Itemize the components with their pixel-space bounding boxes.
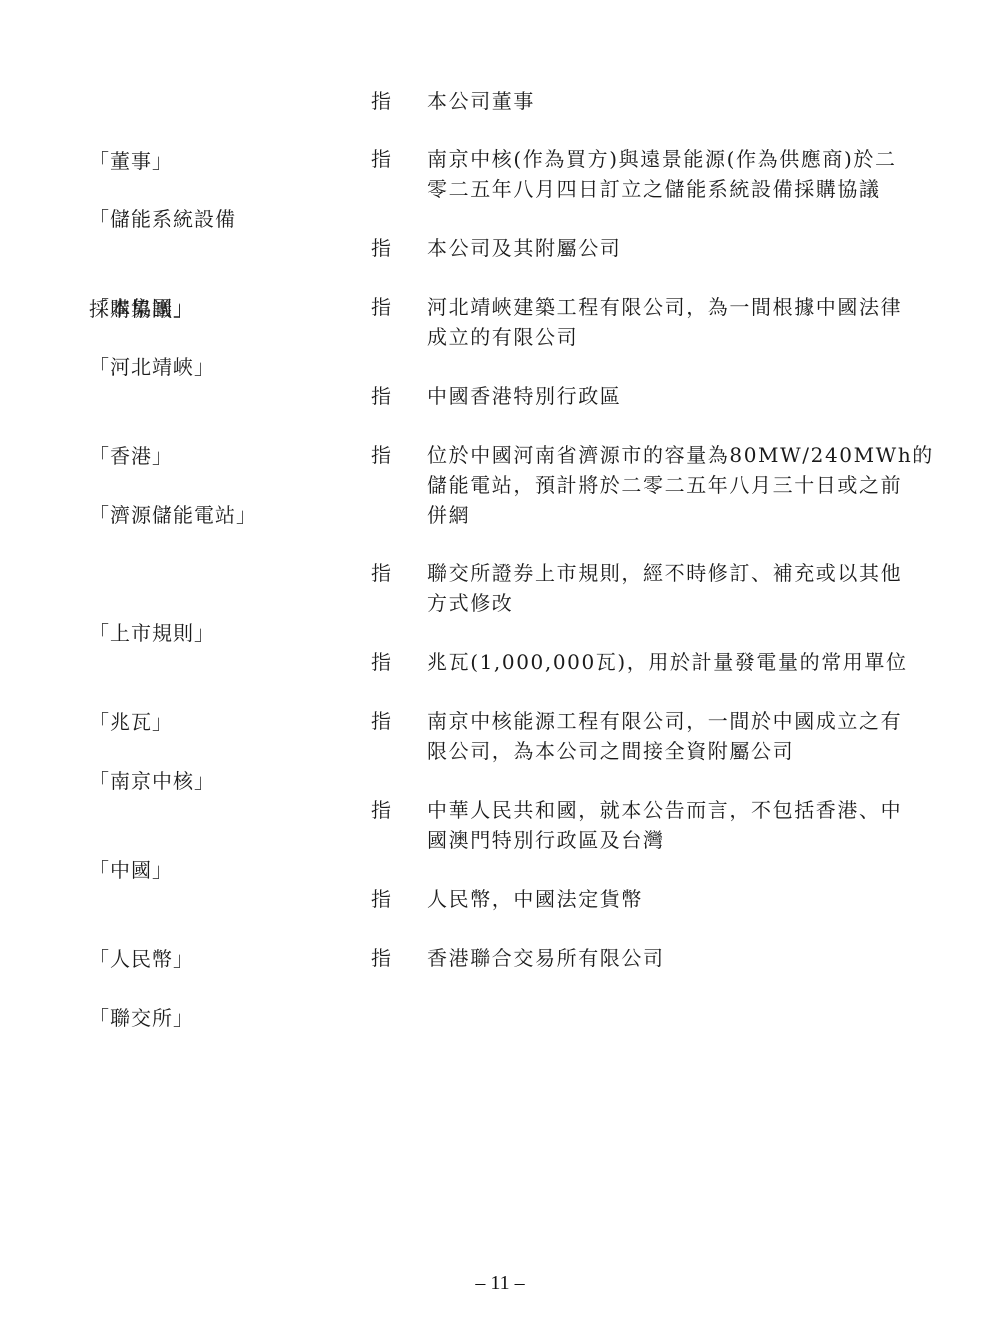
means-label: 指 bbox=[371, 381, 391, 411]
definition-line: 南京中核(作為買方)與遠景能源(作為供應商)於二 bbox=[427, 144, 912, 174]
term-line: 「河北靖峽」 bbox=[89, 352, 339, 382]
page-number: – 11 – bbox=[0, 1271, 1000, 1295]
means-label: 指 bbox=[371, 144, 391, 174]
definition-text: 人民幣，中國法定貨幣 bbox=[427, 884, 912, 914]
means-label: 指 bbox=[371, 292, 391, 322]
document-page: 「董事」 指 本公司董事 「儲能系統設備 採購協議」 指 南京中核(作為買方)與… bbox=[0, 0, 1000, 1334]
definition-line: 人民幣，中國法定貨幣 bbox=[427, 884, 912, 914]
term-line: 「南京中核」 bbox=[89, 766, 339, 796]
definition-line: 聯交所證券上市規則，經不時修訂、補充或以其他 bbox=[427, 558, 912, 588]
means-label: 指 bbox=[371, 943, 391, 973]
definition-line: 中國香港特別行政區 bbox=[427, 381, 912, 411]
definition-line: 香港聯合交易所有限公司 bbox=[427, 943, 912, 973]
definition-line: 中華人民共和國，就本公告而言，不包括香港、中 bbox=[427, 795, 912, 825]
definition-line: 併網 bbox=[427, 500, 912, 530]
definition-line: 兆瓦(1,000,000瓦)，用於計量發電量的常用單位 bbox=[427, 647, 912, 677]
means-label: 指 bbox=[371, 440, 391, 470]
definition-text: 兆瓦(1,000,000瓦)，用於計量發電量的常用單位 bbox=[427, 647, 912, 677]
definition-text: 中華人民共和國，就本公告而言，不包括香港、中 國澳門特別行政區及台灣 bbox=[427, 795, 912, 855]
definition-text: 南京中核能源工程有限公司，一間於中國成立之有 限公司，為本公司之間接全資附屬公司 bbox=[427, 706, 912, 766]
definition-line: 限公司，為本公司之間接全資附屬公司 bbox=[427, 736, 912, 766]
definition-line: 國澳門特別行政區及台灣 bbox=[427, 825, 912, 855]
definition-text: 本公司董事 bbox=[427, 86, 912, 116]
means-label: 指 bbox=[371, 706, 391, 736]
means-label: 指 bbox=[371, 795, 391, 825]
definition-term: 「聯交所」 bbox=[89, 943, 339, 1093]
term-line: 「儲能系統設備 bbox=[89, 204, 339, 234]
definition-text: 香港聯合交易所有限公司 bbox=[427, 943, 912, 973]
term-line: 「聯交所」 bbox=[89, 1003, 339, 1033]
definition-line: 本公司董事 bbox=[427, 86, 912, 116]
definition-line: 成立的有限公司 bbox=[427, 322, 912, 352]
definition-line: 南京中核能源工程有限公司，一間於中國成立之有 bbox=[427, 706, 912, 736]
definition-text: 河北靖峽建築工程有限公司，為一間根據中國法律 成立的有限公司 bbox=[427, 292, 912, 352]
term-line: 「上市規則」 bbox=[89, 618, 339, 648]
means-label: 指 bbox=[371, 647, 391, 677]
definition-text: 位於中國河南省濟源市的容量為80MW/240MWh的 儲能電站，預計將於二零二五… bbox=[427, 440, 912, 530]
means-label: 指 bbox=[371, 884, 391, 914]
definition-line: 零二五年八月四日訂立之儲能系統設備採購協議 bbox=[427, 174, 912, 204]
means-label: 指 bbox=[371, 558, 391, 588]
definition-line: 位於中國河南省濟源市的容量為80MW/240MWh的 bbox=[427, 440, 912, 470]
definition-line: 本公司及其附屬公司 bbox=[427, 233, 912, 263]
definition-text: 聯交所證券上市規則，經不時修訂、補充或以其他 方式修改 bbox=[427, 558, 912, 618]
definition-line: 方式修改 bbox=[427, 588, 912, 618]
means-label: 指 bbox=[371, 233, 391, 263]
term-line: 「中國」 bbox=[89, 855, 339, 885]
definition-line: 儲能電站，預計將於二零二五年八月三十日或之前 bbox=[427, 470, 912, 500]
term-line: 「濟源儲能電站」 bbox=[89, 500, 339, 530]
definition-line: 河北靖峽建築工程有限公司，為一間根據中國法律 bbox=[427, 292, 912, 322]
definition-text: 南京中核(作為買方)與遠景能源(作為供應商)於二 零二五年八月四日訂立之儲能系統… bbox=[427, 144, 912, 204]
means-label: 指 bbox=[371, 86, 391, 116]
definition-text: 本公司及其附屬公司 bbox=[427, 233, 912, 263]
definition-text: 中國香港特別行政區 bbox=[427, 381, 912, 411]
